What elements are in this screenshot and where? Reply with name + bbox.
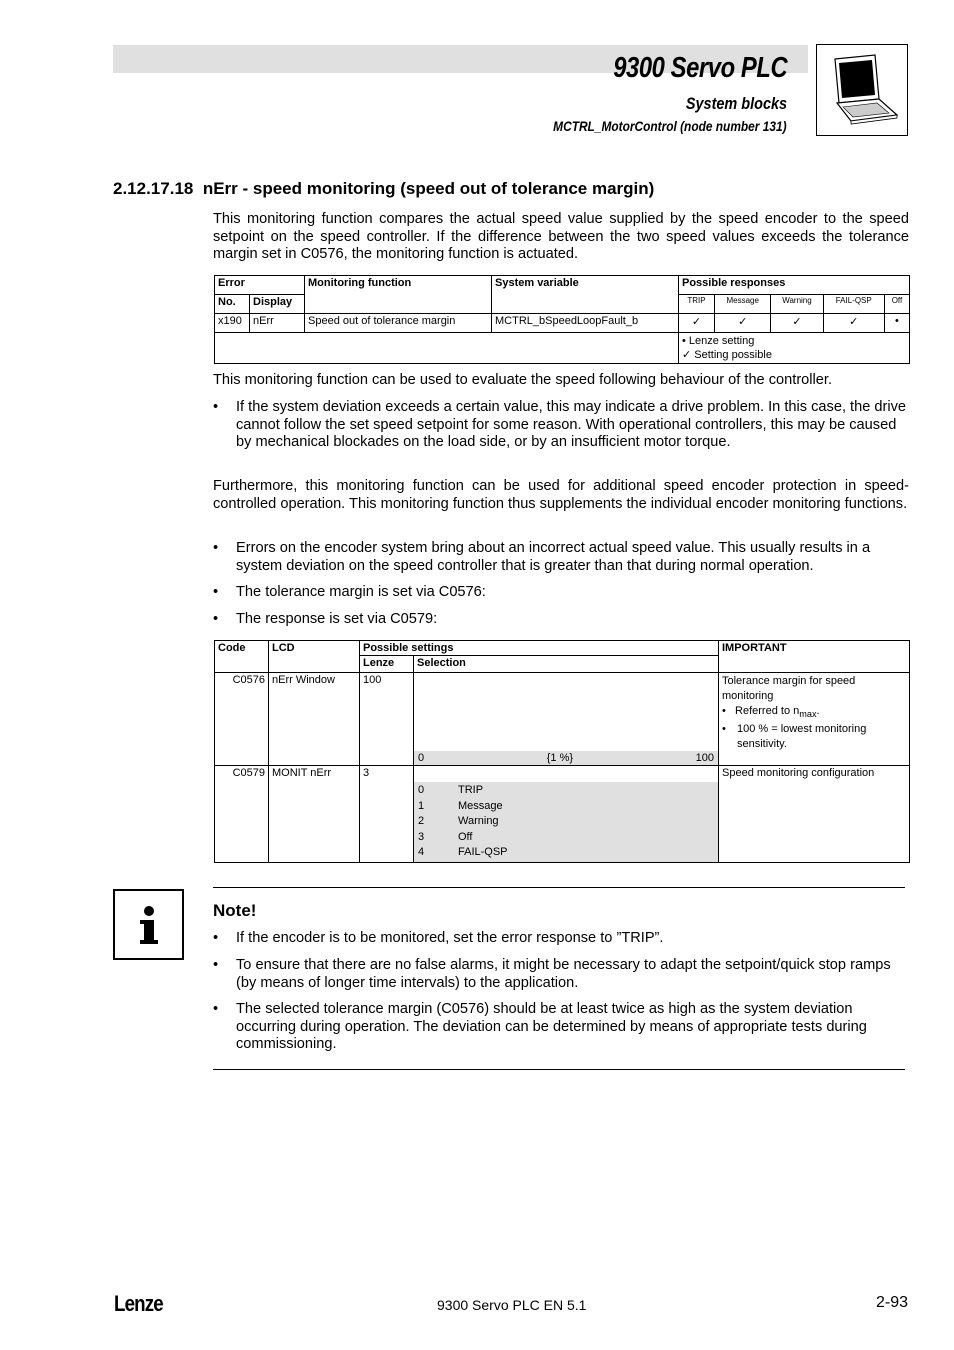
- note-title: Note!: [213, 901, 256, 921]
- section-number: 2.12.17.18: [113, 179, 193, 198]
- legend: • Lenze setting ✓ Setting possible: [679, 333, 910, 364]
- th-possible-settings: Possible settings: [360, 641, 719, 656]
- paragraph-3: Furthermore, this monitoring function ca…: [213, 478, 909, 513]
- th-no: No.: [215, 295, 250, 314]
- cell-off: •: [884, 314, 909, 333]
- bullet-icon: •: [213, 584, 218, 602]
- bullet-icon: •: [213, 930, 218, 948]
- note-item: • To ensure that there are no false alar…: [213, 957, 909, 992]
- th-selection: Selection: [414, 656, 719, 673]
- legend-lenze-setting: • Lenze setting: [682, 334, 906, 348]
- option-item: 2Warning: [418, 814, 714, 830]
- bullet-icon: •: [213, 399, 218, 417]
- table-row: C0579 MONIT nErr 3 0TRIP 1Message 2Warni…: [215, 766, 910, 863]
- cell-warning: ✓: [771, 314, 823, 333]
- node-title: MCTRL_MotorControl (node number 131): [554, 118, 787, 134]
- cell-display: nErr: [250, 314, 305, 333]
- code-table: Code LCD Possible settings IMPORTANT Len…: [214, 640, 910, 863]
- th-code: Code: [215, 641, 269, 673]
- range-step: {1 %}: [547, 752, 573, 764]
- bullet-item: • Errors on the encoder system bring abo…: [213, 540, 909, 575]
- note-item: • The selected tolerance margin (C0576) …: [213, 1001, 909, 1054]
- th-error: Error: [215, 276, 305, 295]
- cell-lenze: 3: [360, 766, 414, 863]
- subscript: max: [799, 709, 816, 719]
- cell-code: C0579: [215, 766, 269, 863]
- cell-trip: ✓: [679, 314, 715, 333]
- important-text: Tolerance margin for speed monitoring: [722, 674, 906, 704]
- th-monitoring-function: Monitoring function: [305, 276, 492, 314]
- footer-doc-id: 9300 Servo PLC EN 5.1: [437, 1297, 586, 1313]
- cell-fail-qsp: ✓: [823, 314, 884, 333]
- laptop-icon: [816, 44, 908, 136]
- cell-selection: 0 {1 %} 100: [414, 673, 719, 766]
- option-item: 1Message: [418, 799, 714, 815]
- legend-setting-possible: ✓ Setting possible: [682, 348, 906, 362]
- th-warning: Warning: [771, 295, 823, 314]
- th-lcd: LCD: [269, 641, 360, 673]
- th-display: Display: [250, 295, 305, 314]
- th-off: Off: [884, 295, 909, 314]
- bullet-icon: •: [213, 957, 218, 975]
- cell-lcd: MONIT nErr: [269, 766, 360, 863]
- th-possible-responses: Possible responses: [679, 276, 910, 295]
- th-lenze: Lenze: [360, 656, 414, 673]
- section-title: nErr - speed monitoring (speed out of to…: [203, 179, 655, 198]
- cell-selection: 0TRIP 1Message 2Warning 3Off 4FAIL-QSP: [414, 766, 719, 863]
- option-item: 3Off: [418, 830, 714, 846]
- cell-monitoring-function: Speed out of tolerance margin: [305, 314, 492, 333]
- th-message: Message: [715, 295, 771, 314]
- cell-important: Speed monitoring configuration: [719, 766, 910, 863]
- bullet-item: • The response is set via C0579:: [213, 611, 909, 629]
- option-item: 0TRIP: [418, 783, 714, 799]
- lenze-logo: Lenze: [114, 1291, 163, 1317]
- option-item: 4FAIL-QSP: [418, 845, 714, 861]
- th-system-variable: System variable: [492, 276, 679, 314]
- legend-spacer: [215, 333, 679, 364]
- cell-no: x190: [215, 314, 250, 333]
- info-icon: [113, 889, 184, 960]
- cell-important: Tolerance margin for speed monitoring • …: [719, 673, 910, 766]
- important-bullet-text: 100 % = lowest monitoring sensitivity.: [737, 722, 906, 752]
- cell-system-variable: MCTRL_bSpeedLoopFault_b: [492, 314, 679, 333]
- important-bullet: •100 % = lowest monitoring sensitivity.: [722, 722, 906, 752]
- note-item: • If the encoder is to be monitored, set…: [213, 930, 909, 948]
- intro-paragraph: This monitoring function compares the ac…: [213, 211, 909, 264]
- range-row: 0 {1 %} 100: [414, 751, 718, 765]
- section-heading: 2.12.17.18 nErr - speed monitoring (spee…: [113, 179, 654, 199]
- table-row: C0576 nErr Window 100 0 {1 %} 100 Tolera…: [215, 673, 910, 766]
- th-fail-qsp: FAIL-QSP: [823, 295, 884, 314]
- page-number: 2-93: [876, 1294, 908, 1312]
- bullet-icon: •: [213, 611, 218, 629]
- divider: [213, 887, 905, 888]
- th-important: IMPORTANT: [719, 641, 910, 673]
- options-list: 0TRIP 1Message 2Warning 3Off 4FAIL-QSP: [414, 782, 718, 862]
- cell-code: C0576: [215, 673, 269, 766]
- bullet-item: • The tolerance margin is set via C0576:: [213, 584, 909, 602]
- important-bullet: • Referred to nmax.: [722, 704, 906, 722]
- th-trip: TRIP: [679, 295, 715, 314]
- paragraph-2: This monitoring function can be used to …: [213, 372, 909, 390]
- table-row: x190 nErr Speed out of tolerance margin …: [215, 314, 910, 333]
- range-max: 100: [696, 752, 714, 764]
- cell-message: ✓: [715, 314, 771, 333]
- error-table: Error Monitoring function System variabl…: [214, 275, 910, 364]
- divider: [213, 1069, 905, 1070]
- chapter-title: System blocks: [686, 94, 787, 114]
- range-min: 0: [418, 752, 424, 764]
- bullet-icon: •: [213, 540, 218, 558]
- manual-title: 9300 Servo PLC: [613, 52, 787, 85]
- bullet-icon: •: [213, 1001, 218, 1019]
- cell-lenze: 100: [360, 673, 414, 766]
- bullet-item: • If the system deviation exceeds a cert…: [213, 399, 909, 452]
- cell-lcd: nErr Window: [269, 673, 360, 766]
- important-bullet-text: Referred to n: [735, 705, 799, 717]
